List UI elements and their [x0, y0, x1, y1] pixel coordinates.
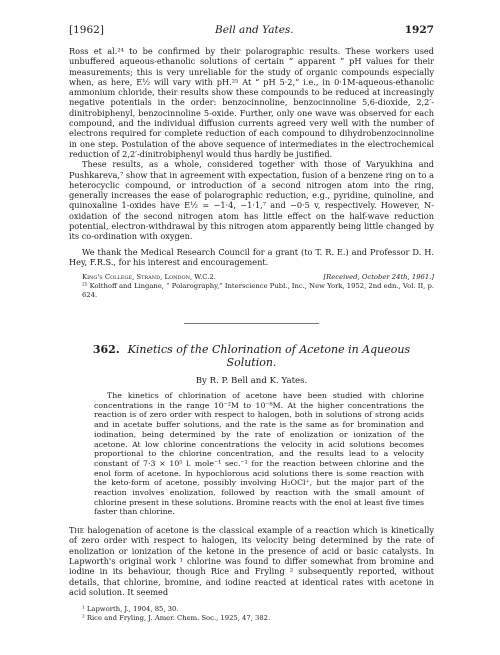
affiliation-line: King's College, Strand, London, W.C.2. [… [69, 273, 434, 282]
footnote-2: ² Rice and Fryling, J. Amer. Chem. Soc.,… [82, 614, 434, 622]
prev-article-paragraph-1: Ross et al.²⁴ to be confirmed by their p… [69, 46, 434, 159]
prev-article-footnote: ²⁵ Kolthoff and Lingane, “ Polarography,… [69, 282, 434, 299]
article-byline: By R. P. Bell and K. Yates. [69, 376, 434, 386]
article-number: 362. [93, 343, 120, 356]
page-header: [1962] Bell and Yates. 1927 [69, 24, 434, 38]
abstract-text: The kinetics of chlorination of acetone … [94, 391, 424, 517]
institution-address: King's College, Strand, London, W.C.2. [82, 273, 216, 282]
article-separator [184, 323, 319, 324]
body-lead-word: The [69, 525, 84, 535]
journal-page: [1962] Bell and Yates. 1927 Ross et al.²… [69, 24, 434, 622]
article-title: Kinetics of the Chlorination of Acetone … [128, 343, 410, 369]
page-number: 1927 [405, 24, 434, 36]
running-title: Bell and Yates. [215, 24, 294, 36]
received-date: [Received, October 24th, 1961.] [323, 273, 434, 282]
abstract: The kinetics of chlorination of acetone … [94, 391, 424, 517]
acknowledgement: We thank the Medical Research Council fo… [69, 247, 434, 268]
article-title-block: 362.Kinetics of the Chlorination of Acet… [69, 343, 434, 369]
article-body-paragraph: The halogenation of acetone is the class… [69, 525, 434, 597]
journal-year: [1962] [69, 24, 104, 36]
article-footnotes: ¹ Lapworth, J., 1904, 85, 30. ² Rice and… [69, 605, 434, 622]
footnote-1: ¹ Lapworth, J., 1904, 85, 30. [82, 605, 434, 613]
body-text: halogenation of acetone is the classical… [69, 525, 434, 597]
prev-article-paragraph-2: These results, as a whole, considered to… [69, 159, 434, 241]
